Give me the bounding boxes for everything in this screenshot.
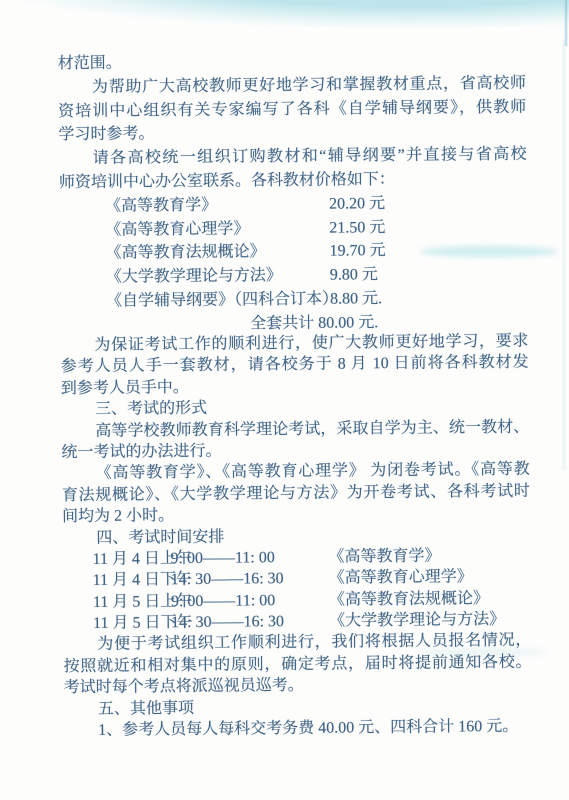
document-section-exam-info: 为保证考试工作的顺利进行，使广大教师更好地学习，要求参考人员人手一套教材，请各校… [60,331,532,742]
book-price: 21.50 元 [329,216,385,240]
book-price: 8.80 元. [330,287,382,311]
book-title: 《大学教学理论与方法》 [106,267,282,286]
book-title: 《高等教育法规概论》 [106,244,266,263]
schedule-time: 14: 30——16: 30 [171,568,284,590]
book-title: 《高等教育学》 [105,197,217,215]
document-text-block: 材范围。为帮助广大高校教师更好地学习和掌握教材重点，省高校师资培训中心组织有关专… [57,0,533,800]
schedule-time: 9: 00——11: 00 [170,547,274,569]
scanned-document-page: 材范围。为帮助广大高校教师更好地学习和掌握教材重点，省高校师资培训中心组织有关专… [0,0,569,800]
scan-edge-line [563,40,565,470]
book-price: 9.80 元 [330,263,378,287]
schedule-subject: 《高等教育法规概论》 [329,588,489,611]
scan-edge-line-top [565,0,567,46]
book-price: 19.70 元 [329,239,385,263]
text-line: 1、参考人员每人每科交考务费 40.00 元、四科合计 160 元。 [64,716,532,742]
schedule-time: 14: 30——16: 30 [171,611,284,633]
book-title: 《高等教育心理学》 [105,220,249,238]
book-price: 20.20 元 [329,192,385,216]
schedule-subject: 《高等教育心理学》 [329,567,473,590]
schedule-subject: 《高等教育学》 [328,546,440,568]
document-section-textbooks-pricing: 材范围。为帮助广大高校教师更好地学习和掌握教材重点，省高校师资培训中心组织有关专… [58,48,529,338]
schedule-time: 9: 00——11: 00 [171,590,275,612]
book-title: 《自学辅导纲要》（四科合订本） [106,291,338,310]
schedule-subject: 《大学教学理论与方法》 [329,609,505,632]
